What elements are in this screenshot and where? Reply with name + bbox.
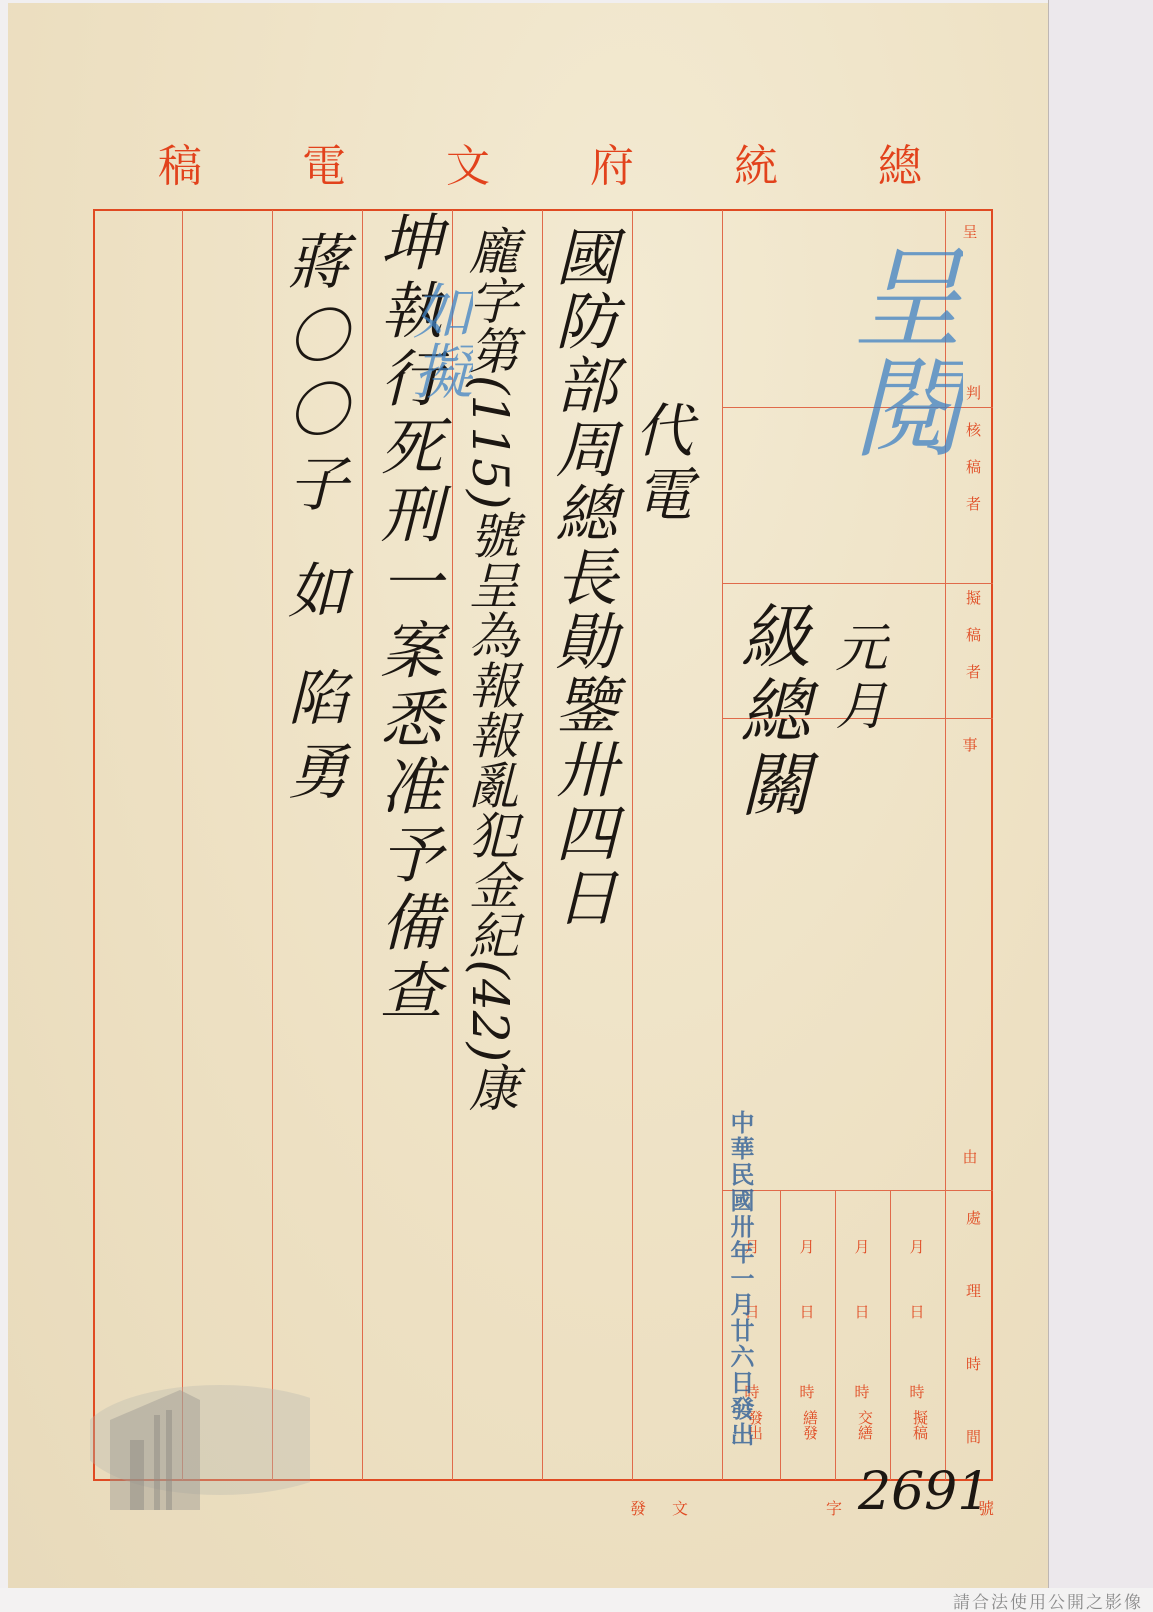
blue-pencil-initial: 如擬 [395,280,481,400]
footer-hao: 號 [978,1496,994,1519]
label-cheng: 呈 [960,225,980,240]
grid-line [780,1190,781,1480]
handwritten-col-recipient: 國防部周總長勛鑒卅四日 [550,225,612,929]
form-title: 稿 電 文 府 統 總 [150,130,930,190]
dispatch-stamp: 中華民國卅年一月廿六日發出 [728,1110,758,1448]
handwritten-col-signature: 蔣〇〇子 如 陷勇 [283,230,343,814]
title-char: 文 [438,130,498,190]
grid-line [723,583,993,584]
footer-wen: 文 [672,1496,688,1519]
label-chuli: 處理時間 [960,1210,980,1502]
archive-watermark-icon [90,1380,310,1520]
grid-line [272,210,273,1480]
footer-zi: 字 [826,1496,842,1519]
title-char: 統 [726,130,786,190]
label-nigao: 擬稿者 [960,590,980,701]
grid-line [542,210,543,1480]
title-char: 總 [870,130,930,190]
label-shi: 事 [960,738,980,753]
grid-line [890,1190,891,1480]
blue-pencil-mark: 呈閱 [820,240,978,460]
grid-line [362,210,363,1480]
title-char: 府 [582,130,642,190]
footer-fa: 發 [630,1496,646,1519]
handwritten-date-block: 元月 [830,620,882,736]
label-you: 由 [960,1150,980,1165]
grid-line [723,1190,993,1191]
scan-backing [1048,0,1153,1590]
grid-line [452,210,453,1480]
handwritten-col-daidian: 代電 [630,400,688,528]
grid-line [835,1190,836,1480]
title-char: 電 [294,130,354,190]
grid-line [182,210,183,1480]
title-char: 稿 [150,130,210,190]
document-number: 2691 [858,1462,990,1522]
scan-usage-notice: 請合法使用公開之影像 [953,1588,1143,1612]
handwritten-sender-block: 級總關 [735,600,805,822]
